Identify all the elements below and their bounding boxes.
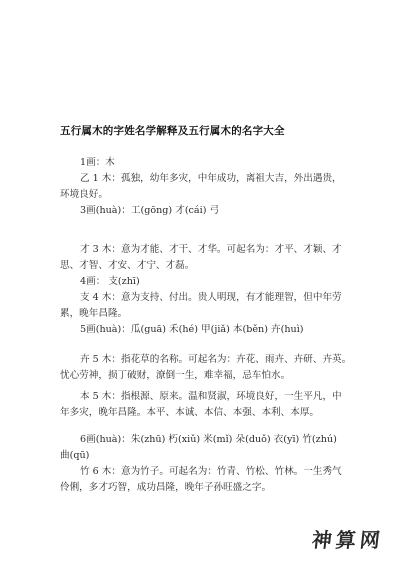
document-page: 五行属木的字姓名学解释及五行属木的名字大全 1画：木 乙 1 木：孤独，幼年多灾…: [0, 0, 400, 565]
text-line: 才 3 木：意为才能、才干、才华。可起名为：才平、才颖、才: [60, 242, 365, 258]
text-line: 竹 6 木：意为竹子。可起名为：竹青、竹松、竹林。一生秀气: [60, 464, 365, 480]
text-line: 支 4 木：意为支持、付出。贵人明现，有才能理智，但中年劳: [60, 290, 365, 306]
document-title: 五行属木的字姓名学解释及五行属木的名字大全: [60, 123, 285, 138]
text-line: 1画：木: [60, 155, 365, 171]
text-line: 卉 5 木：指花草的名称。可起名为：卉花、雨卉、卉研、卉英。: [60, 352, 365, 368]
text-line: 思、才智、才安、才宁、才磊。: [60, 258, 345, 274]
text-line: 本 5 木：指根源、原来。温和贤淑，环境良好，一生平凡，中: [60, 389, 365, 405]
text-line: 忧心劳神，损丁破财，潦倒一生，难幸福，忌车怕水。: [60, 368, 345, 384]
text-line: 年多灾，晚年昌隆。本平、本诚、本信、本强、本利、本厚。: [60, 405, 345, 421]
text-line: 乙 1 木：孤独，幼年多灾，中年成功，离祖大吉，外出遇贵，: [60, 171, 365, 187]
text-line: 4画： 支(zhī): [60, 274, 365, 290]
text-line: 6画(huà)：朱(zhū) 朽(xiǔ) 米(mǐ) 朵(duǒ) 衣(yī)…: [60, 432, 365, 448]
watermark-logo: 神算网: [310, 524, 385, 553]
text-line: 伶俐，多才巧智，成功昌隆，晚年子孙旺盛之字。: [60, 480, 345, 496]
text-line: 曲(qū): [60, 448, 345, 464]
text-line: 环境良好。: [60, 187, 345, 203]
text-line: 累，晚年昌隆。: [60, 306, 345, 322]
text-line: 3画(huà)：工(gōng) 才(cái) 弓: [60, 203, 365, 219]
text-line: 5画(huà)：瓜(guā) 禾(hé) 甲(jiǎ) 本(běn) 卉(huì…: [60, 322, 365, 338]
